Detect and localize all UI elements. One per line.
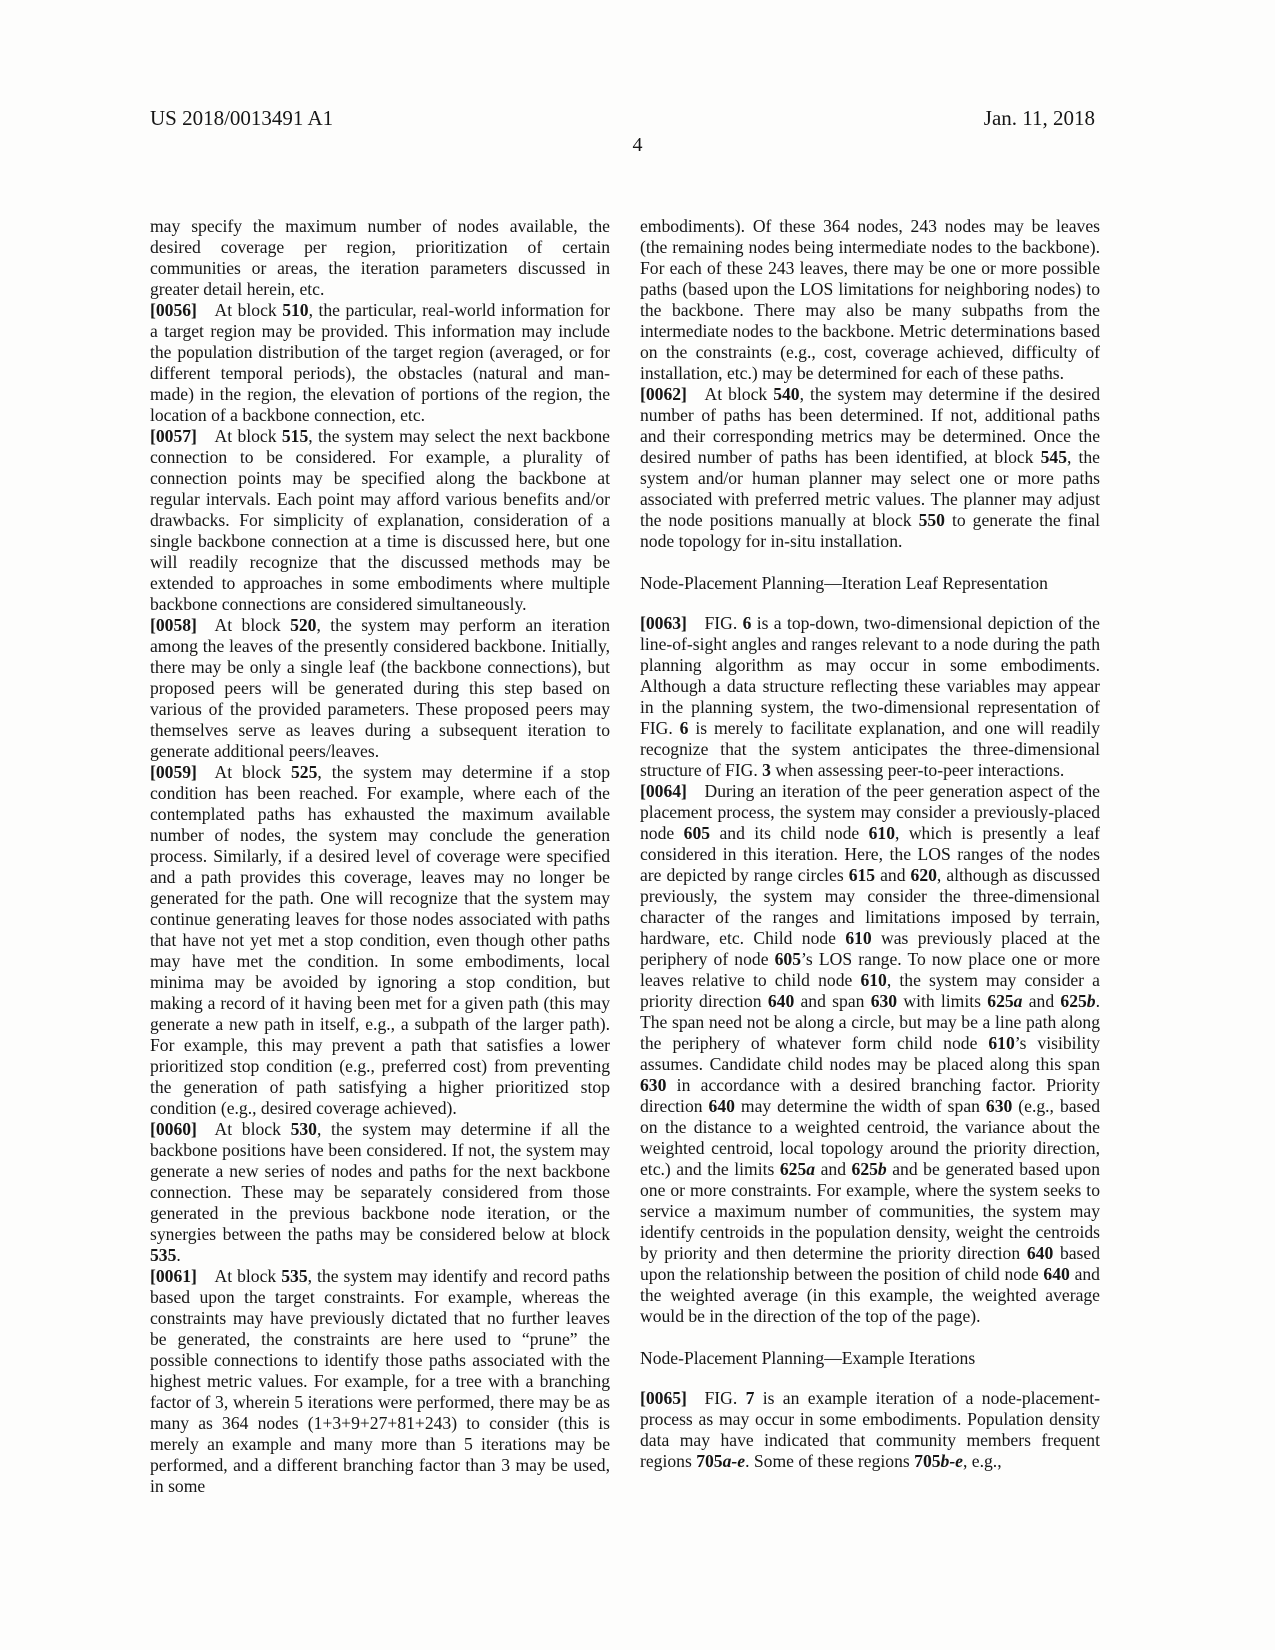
- paragraph: [0058] At block 520, the system may perf…: [150, 615, 610, 762]
- paragraph: [0059] At block 525, the system may dete…: [150, 762, 610, 1119]
- right-column: embodiments). Of these 364 nodes, 243 no…: [640, 216, 1100, 1497]
- patent-publication-number: US 2018/0013491 A1: [150, 106, 333, 130]
- page-header: US 2018/0013491 A1 Jan. 11, 2018: [150, 106, 1095, 130]
- patent-page: US 2018/0013491 A1 Jan. 11, 2018 4 may s…: [0, 0, 1275, 1650]
- left-column: may specify the maximum number of nodes …: [150, 216, 610, 1497]
- paragraph: [0065] FIG. 7 is an example iteration of…: [640, 1388, 1100, 1472]
- section-heading: Node-Placement Planning—Example Iteratio…: [640, 1348, 1100, 1369]
- publication-date: Jan. 11, 2018: [984, 106, 1095, 130]
- paragraph: may specify the maximum number of nodes …: [150, 216, 610, 300]
- text-columns: may specify the maximum number of nodes …: [150, 216, 1100, 1497]
- paragraph: [0056] At block 510, the particular, rea…: [150, 300, 610, 426]
- paragraph: [0062] At block 540, the system may dete…: [640, 384, 1100, 552]
- paragraph: [0063] FIG. 6 is a top-down, two-dimensi…: [640, 613, 1100, 781]
- paragraph: embodiments). Of these 364 nodes, 243 no…: [640, 216, 1100, 384]
- page-number: 4: [0, 134, 1275, 157]
- paragraph: [0064] During an iteration of the peer g…: [640, 781, 1100, 1327]
- section-heading: Node-Placement Planning—Iteration Leaf R…: [640, 573, 1100, 594]
- paragraph: [0060] At block 530, the system may dete…: [150, 1119, 610, 1266]
- paragraph: [0061] At block 535, the system may iden…: [150, 1266, 610, 1497]
- paragraph: [0057] At block 515, the system may sele…: [150, 426, 610, 615]
